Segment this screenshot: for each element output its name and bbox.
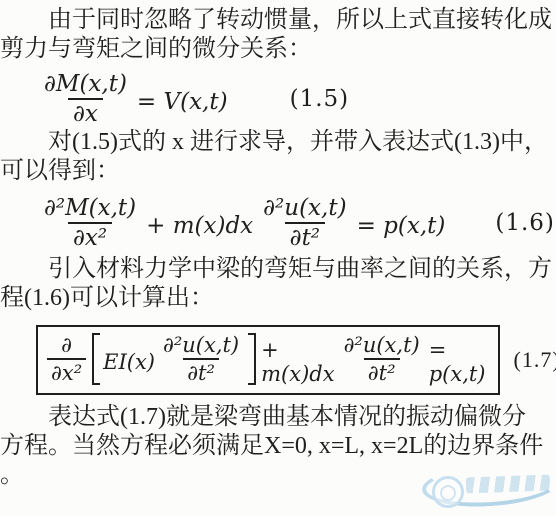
text-line: 表达式(1.7)就是梁弯曲基本情况的振动偏微分 bbox=[0, 403, 556, 432]
paragraph-conclusion-boundary: 表达式(1.7)就是梁弯曲基本情况的振动偏微分 方程。当然方程必须满足X=0, … bbox=[0, 403, 556, 490]
fraction-numerator: ∂ bbox=[57, 334, 76, 358]
fraction-numerator: ∂M(x,t) bbox=[39, 72, 132, 98]
paragraph-intro-shear-moment: 由于同时忽略了转动惯量，所以上式直接转化成 剪力与弯矩之间的微分关系： bbox=[0, 6, 556, 64]
equation-rhs: = p(x,t) bbox=[429, 332, 490, 386]
equation-number-label: (1.5) bbox=[290, 86, 350, 112]
fraction-denominator: ∂x bbox=[68, 98, 103, 126]
fraction-denominator: ∂t² bbox=[285, 222, 325, 250]
fraction: ∂²M(x,t) ∂x² bbox=[39, 196, 141, 250]
right-bracket bbox=[248, 333, 256, 385]
bracket-coefficient: EI(x) bbox=[103, 344, 155, 374]
equation-1-7-row: ∂ ∂x² EI(x) ∂²u(x,t) ∂t² + m(x)dx ∂²u(x,… bbox=[36, 325, 556, 395]
fraction: ∂ ∂x² bbox=[47, 334, 86, 384]
equation-operator: + m(x)dx bbox=[146, 207, 253, 239]
equation-rhs: = V(x,t) bbox=[137, 83, 228, 115]
fraction-denominator: ∂x² bbox=[68, 222, 112, 250]
text-line: 。 bbox=[0, 461, 556, 490]
equation-operator: + m(x)dx bbox=[261, 332, 334, 386]
text-line: 引入材料力学中梁的弯矩与曲率之间的关系，方 bbox=[0, 255, 556, 284]
text-line: 程(1.6)可以计算出： bbox=[0, 284, 556, 313]
equation-rhs: = p(x,t) bbox=[357, 207, 446, 239]
equation-1-5: ∂M(x,t) ∂x = V(x,t) (1.5) bbox=[36, 72, 556, 126]
fraction: ∂²u(x,t) ∂t² bbox=[159, 334, 243, 384]
text-line: 方程。当然方程必须满足X=0, x=L, x=2L的边界条件 bbox=[0, 432, 556, 461]
paragraph-moment-curvature: 引入材料力学中梁的弯矩与曲率之间的关系，方 程(1.6)可以计算出： bbox=[0, 255, 556, 313]
text-line: 剪力与弯矩之间的微分关系： bbox=[0, 35, 556, 64]
fraction-numerator: ∂²u(x,t) bbox=[159, 334, 243, 358]
equation-number-label: (1.7) bbox=[514, 347, 556, 373]
equation-1-6: ∂²M(x,t) ∂x² + m(x)dx ∂²u(x,t) ∂t² = p(x… bbox=[36, 196, 556, 250]
fraction-denominator: ∂t² bbox=[364, 358, 400, 384]
left-bracket bbox=[92, 333, 100, 385]
equation-number-label: (1.6) bbox=[495, 210, 555, 236]
text-line: 对(1.5)式的 x 进行求导，并带入表达式(1.3)中， bbox=[0, 128, 556, 157]
fraction-denominator: ∂t² bbox=[183, 358, 219, 384]
document-page: 由于同时忽略了转动惯量，所以上式直接转化成 剪力与弯矩之间的微分关系： ∂M(x… bbox=[0, 0, 556, 516]
fraction-denominator: ∂x² bbox=[47, 358, 86, 384]
fraction: ∂M(x,t) ∂x bbox=[39, 72, 132, 126]
text-line: 由于同时忽略了转动惯量，所以上式直接转化成 bbox=[0, 6, 556, 35]
fraction: ∂²u(x,t) ∂t² bbox=[340, 334, 424, 384]
fraction-numerator: ∂²u(x,t) bbox=[258, 196, 351, 222]
equation-1-7-box: ∂ ∂x² EI(x) ∂²u(x,t) ∂t² + m(x)dx ∂²u(x,… bbox=[36, 325, 500, 395]
fraction-numerator: ∂²M(x,t) bbox=[39, 196, 141, 222]
text-line: 可以得到： bbox=[0, 157, 556, 186]
paragraph-derive-substitute: 对(1.5)式的 x 进行求导，并带入表达式(1.3)中， 可以得到： bbox=[0, 128, 556, 186]
fraction: ∂²u(x,t) ∂t² bbox=[258, 196, 351, 250]
fraction-numerator: ∂²u(x,t) bbox=[340, 334, 424, 358]
